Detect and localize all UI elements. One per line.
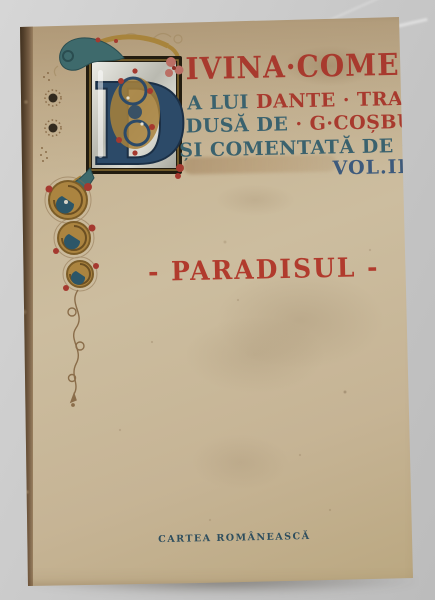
section-title-paradisul: - PARADISUL - xyxy=(103,251,424,288)
volume-label: VOL.III xyxy=(332,156,417,180)
byline-cosbuc: · G·COȘBUC xyxy=(295,110,430,135)
publisher-imprint: CARTEA ROMÂNEASCĂ xyxy=(139,531,329,546)
erased-text-smudge xyxy=(183,154,335,174)
byline-tra: · TRA- xyxy=(335,88,411,112)
byline-dante: DANTE xyxy=(256,89,336,113)
book-cover: D xyxy=(0,0,435,600)
byline-dusa-de: DUSĂ DE xyxy=(186,113,296,137)
main-title: IVINA·COMEDIE xyxy=(185,45,435,86)
byline-a-lui: A LUI xyxy=(187,91,256,114)
cover-lettering: IVINA·COMEDIE A LUI DANTE · TRA- DUSĂ DE… xyxy=(0,0,435,600)
byline-line-2: DUSĂ DE · G·COȘBUC xyxy=(186,110,430,137)
